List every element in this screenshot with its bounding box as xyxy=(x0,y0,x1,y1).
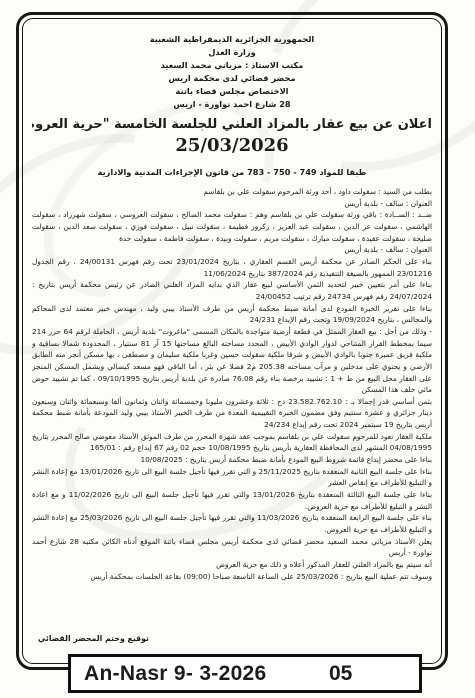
paragraph: العنوان : سالف - بلدية أريس xyxy=(32,198,432,210)
page-number: 05 xyxy=(329,662,352,686)
paragraph: بناءا على جلسة البيع الثالثة المنعقدة بت… xyxy=(32,489,432,512)
newspaper-name-date: An-Nasr 9- 3-2026 xyxy=(84,662,267,686)
paragraph: بثمن أساسي قدر إجمالا بـ : 23.582.762.10… xyxy=(32,396,432,431)
newspaper-stamp-box: An-Nasr 9- 3-2026 05 xyxy=(68,654,422,693)
header-office: مكتب الاستاذ : مزياني محمد السعيد xyxy=(32,59,432,72)
paragraph: بناءا على أمر بتعيين خبير لتحديد الثمن ا… xyxy=(32,279,432,302)
paragraph: بناءا على جلسة البيع الثانية المنعقدة بت… xyxy=(32,466,432,489)
paragraph: ضــد : الســادة : باقي ورثة سقولت علي بن… xyxy=(32,209,432,244)
bailiff-signature-line: توقيع وختم المحضر القضائي xyxy=(38,634,149,643)
notice-body: يطلب من السيد : سقولت داود ، أحد ورثة ال… xyxy=(32,186,432,582)
paragraph: العنوان : سالف - بلدية أريس xyxy=(32,244,432,256)
paragraph: بناءا على تقرير الخبرة المودع لدى أمانة … xyxy=(32,303,432,326)
notice-frame-inner: الجمهورية الجزائرية الديمقراطية الشعبية … xyxy=(22,18,442,664)
scanned-legal-notice-page: { "colors": { "ink": "#1c1c1c", "paper":… xyxy=(0,0,475,698)
paragraph: بناء على الحكم الصادر عن محكمة أريس القس… xyxy=(32,256,432,279)
paragraph: وسوف تتم عملية البيع بتاريخ : 25/03/2026… xyxy=(32,571,432,583)
auction-date: 25/03/2026 xyxy=(32,135,432,157)
paragraph: يعلن الأستاذ مزياني محمد السعيد محضر قضا… xyxy=(32,536,432,559)
header-bailiff: محضر قضائي لدى محكمة اريس xyxy=(32,72,432,85)
notice-frame: الجمهورية الجزائرية الديمقراطية الشعبية … xyxy=(16,12,448,670)
paragraph: بناء على جلسة البيع الرابعة المنعقدة بتا… xyxy=(32,512,432,535)
header-jurisdiction: الاختصاص مجلس قضاء باتنة xyxy=(32,85,432,98)
header-ministry: وزارة العدل xyxy=(32,46,432,59)
paragraph: - وذلك من أجل : بيع العقار الممثل في قطع… xyxy=(32,326,432,396)
header-republic: الجمهورية الجزائرية الديمقراطية الشعبية xyxy=(32,33,432,46)
paragraph: ملكية العقار تعود للمرحوم سقولت علي بن ب… xyxy=(32,431,432,454)
header-address: 28 شارع احمد نواورة - اريس xyxy=(32,98,432,111)
legal-articles-subtitle: طبقا للمواد 749 - 750 - 783 من قانون الإ… xyxy=(32,166,432,178)
paragraph: يطلب من السيد : سقولت داود ، أحد ورثة ال… xyxy=(32,186,432,198)
paragraph: أنه سيتم بيع بالمزاد العلني للعقار المذك… xyxy=(32,559,432,571)
notice-content: الجمهورية الجزائرية الديمقراطية الشعبية … xyxy=(32,33,432,657)
notice-title: اعلان عن بيع عقار بالمزاد العلني للجلسة … xyxy=(32,116,432,133)
paragraph: بناءا على محضر إيداع قائمة شروط البيع ال… xyxy=(32,454,432,466)
